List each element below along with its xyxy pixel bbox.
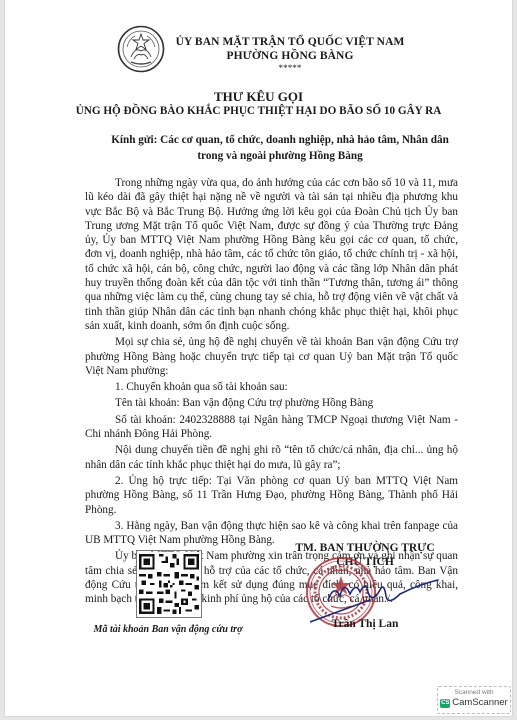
greeting-line-1: Kính gửi: Các cơ quan, tổ chức, doanh ng… xyxy=(105,132,455,148)
front-emblem-icon xyxy=(117,25,165,73)
stars-divider: ***** xyxy=(165,63,415,73)
paragraph-bank-transfer: 1. Chuyển khoản qua số tài khoản sau: xyxy=(85,380,458,394)
qr-caption: Mã tài khoản Ban vận động cứu trợ xyxy=(65,624,271,635)
handwritten-signature xyxy=(310,570,445,625)
signer-name: Trần Thị Lan xyxy=(275,618,455,630)
greeting-line-2: trong và ngoài phường Hồng Bàng xyxy=(105,148,455,164)
camscanner-logo-icon: CS xyxy=(440,699,450,708)
watermark-line-2: CamScanner xyxy=(452,697,507,709)
paragraph-donation-instructions: Mọi sự chia sẻ, ủng hộ đề nghị chuyển về… xyxy=(85,335,458,378)
document-title: THƯ KÊU GỌI xyxy=(5,89,512,105)
org-line-2: PHƯỜNG HỒNG BÀNG xyxy=(165,49,415,63)
signatory-role-line-1: TM. BAN THƯỜNG TRỰC xyxy=(275,541,455,555)
paragraph-account-name: Tên tài khoản: Ban vận động Cứu trợ phườ… xyxy=(85,396,458,410)
watermark-line-2-wrap: CS CamScanner xyxy=(438,697,510,709)
document-subtitle: ỦNG HỘ ĐỒNG BÀO KHẮC PHỤC THIỆT HẠI DO B… xyxy=(5,105,512,117)
paragraph-transfer-note: Nội dung chuyển tiền đề nghị ghi rõ “tên… xyxy=(85,443,458,472)
greeting: Kính gửi: Các cơ quan, tổ chức, doanh ng… xyxy=(105,132,455,164)
qr-code-icon xyxy=(136,550,202,618)
paragraph-direct-support: 2. Ủng hộ trực tiếp: Tại Văn phòng cơ qu… xyxy=(85,474,458,517)
org-line-1: ỦY BAN MẶT TRẬN TỔ QUỐC VIỆT NAM xyxy=(165,35,415,49)
watermark-line-1: Scanned with xyxy=(438,689,510,697)
document-page: ỦY BAN MẶT TRẬN TỔ QUỐC VIỆT NAM PHƯỜNG … xyxy=(4,0,513,717)
paragraph-account-number: Số tài khoản: 2402328888 tại Ngân hàng T… xyxy=(85,413,458,442)
paragraph-intro: Trong những ngày vừa qua, do ảnh hưởng c… xyxy=(85,176,458,333)
camscanner-watermark: Scanned with CS CamScanner xyxy=(437,686,511,714)
issuing-organization: ỦY BAN MẶT TRẬN TỔ QUỐC VIỆT NAM PHƯỜNG … xyxy=(165,35,415,73)
